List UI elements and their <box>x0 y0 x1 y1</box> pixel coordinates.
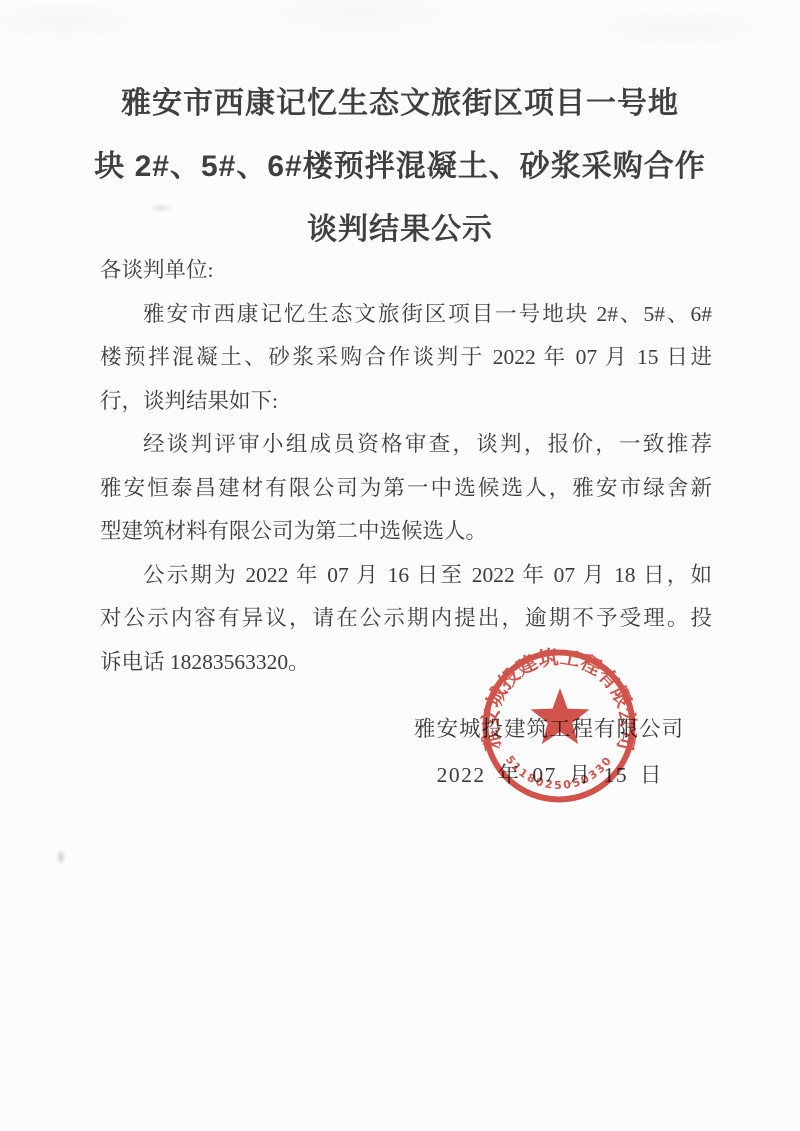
paragraph-1-line-3: 行，谈判结果如下: <box>100 380 712 424</box>
paragraph-2-line-1: 经谈判评审小组成员资格审查，谈判，报价，一致推荐 <box>100 423 712 467</box>
document-body: 各谈判单位: 雅安市西康记忆生态文旅街区项目一号地块 2#、5#、6# 楼预拌混… <box>100 249 712 684</box>
scan-artifact <box>148 203 174 213</box>
paragraph-3-line-1: 公示期为 2022 年 07 月 16 日至 2022 年 07 月 18 日，… <box>100 554 712 598</box>
paragraph-2-line-2: 雅安恒泰昌建材有限公司为第一中选候选人，雅安市绿舍新 <box>100 467 712 511</box>
scan-artifact <box>56 849 66 865</box>
paragraph-3-line-3: 诉电话 18283563320。 <box>100 641 712 685</box>
document-page: 雅安市西康记忆生态文旅街区项目一号地 块 2#、5#、6#楼预拌混凝土、砂浆采购… <box>0 0 800 1131</box>
paragraph-2-line-3: 型建筑材料有限公司为第二中选候选人。 <box>100 510 712 554</box>
scan-noise-band <box>0 0 800 70</box>
paragraph-3-line-2: 对公示内容有异议，请在公示期内提出，逾期不予受理。投 <box>100 597 712 641</box>
signature-date: 2022 年 07 月 15 日 <box>437 762 663 790</box>
title-line-2: 块 2#、5#、6#楼预拌混凝土、砂浆采购合作 <box>0 135 800 198</box>
paragraph-1-line-1: 雅安市西康记忆生态文旅街区项目一号地块 2#、5#、6# <box>100 293 712 337</box>
paragraph-1-line-2: 楼预拌混凝土、砂浆采购合作谈判于 2022 年 07 月 15 日进 <box>100 336 712 380</box>
title-line-1: 雅安市西康记忆生态文旅街区项目一号地 <box>0 72 800 135</box>
signature-company: 雅安城投建筑工程有限公司 <box>414 716 684 744</box>
salutation: 各谈判单位: <box>100 249 712 293</box>
document-title: 雅安市西康记忆生态文旅街区项目一号地 块 2#、5#、6#楼预拌混凝土、砂浆采购… <box>0 72 800 261</box>
